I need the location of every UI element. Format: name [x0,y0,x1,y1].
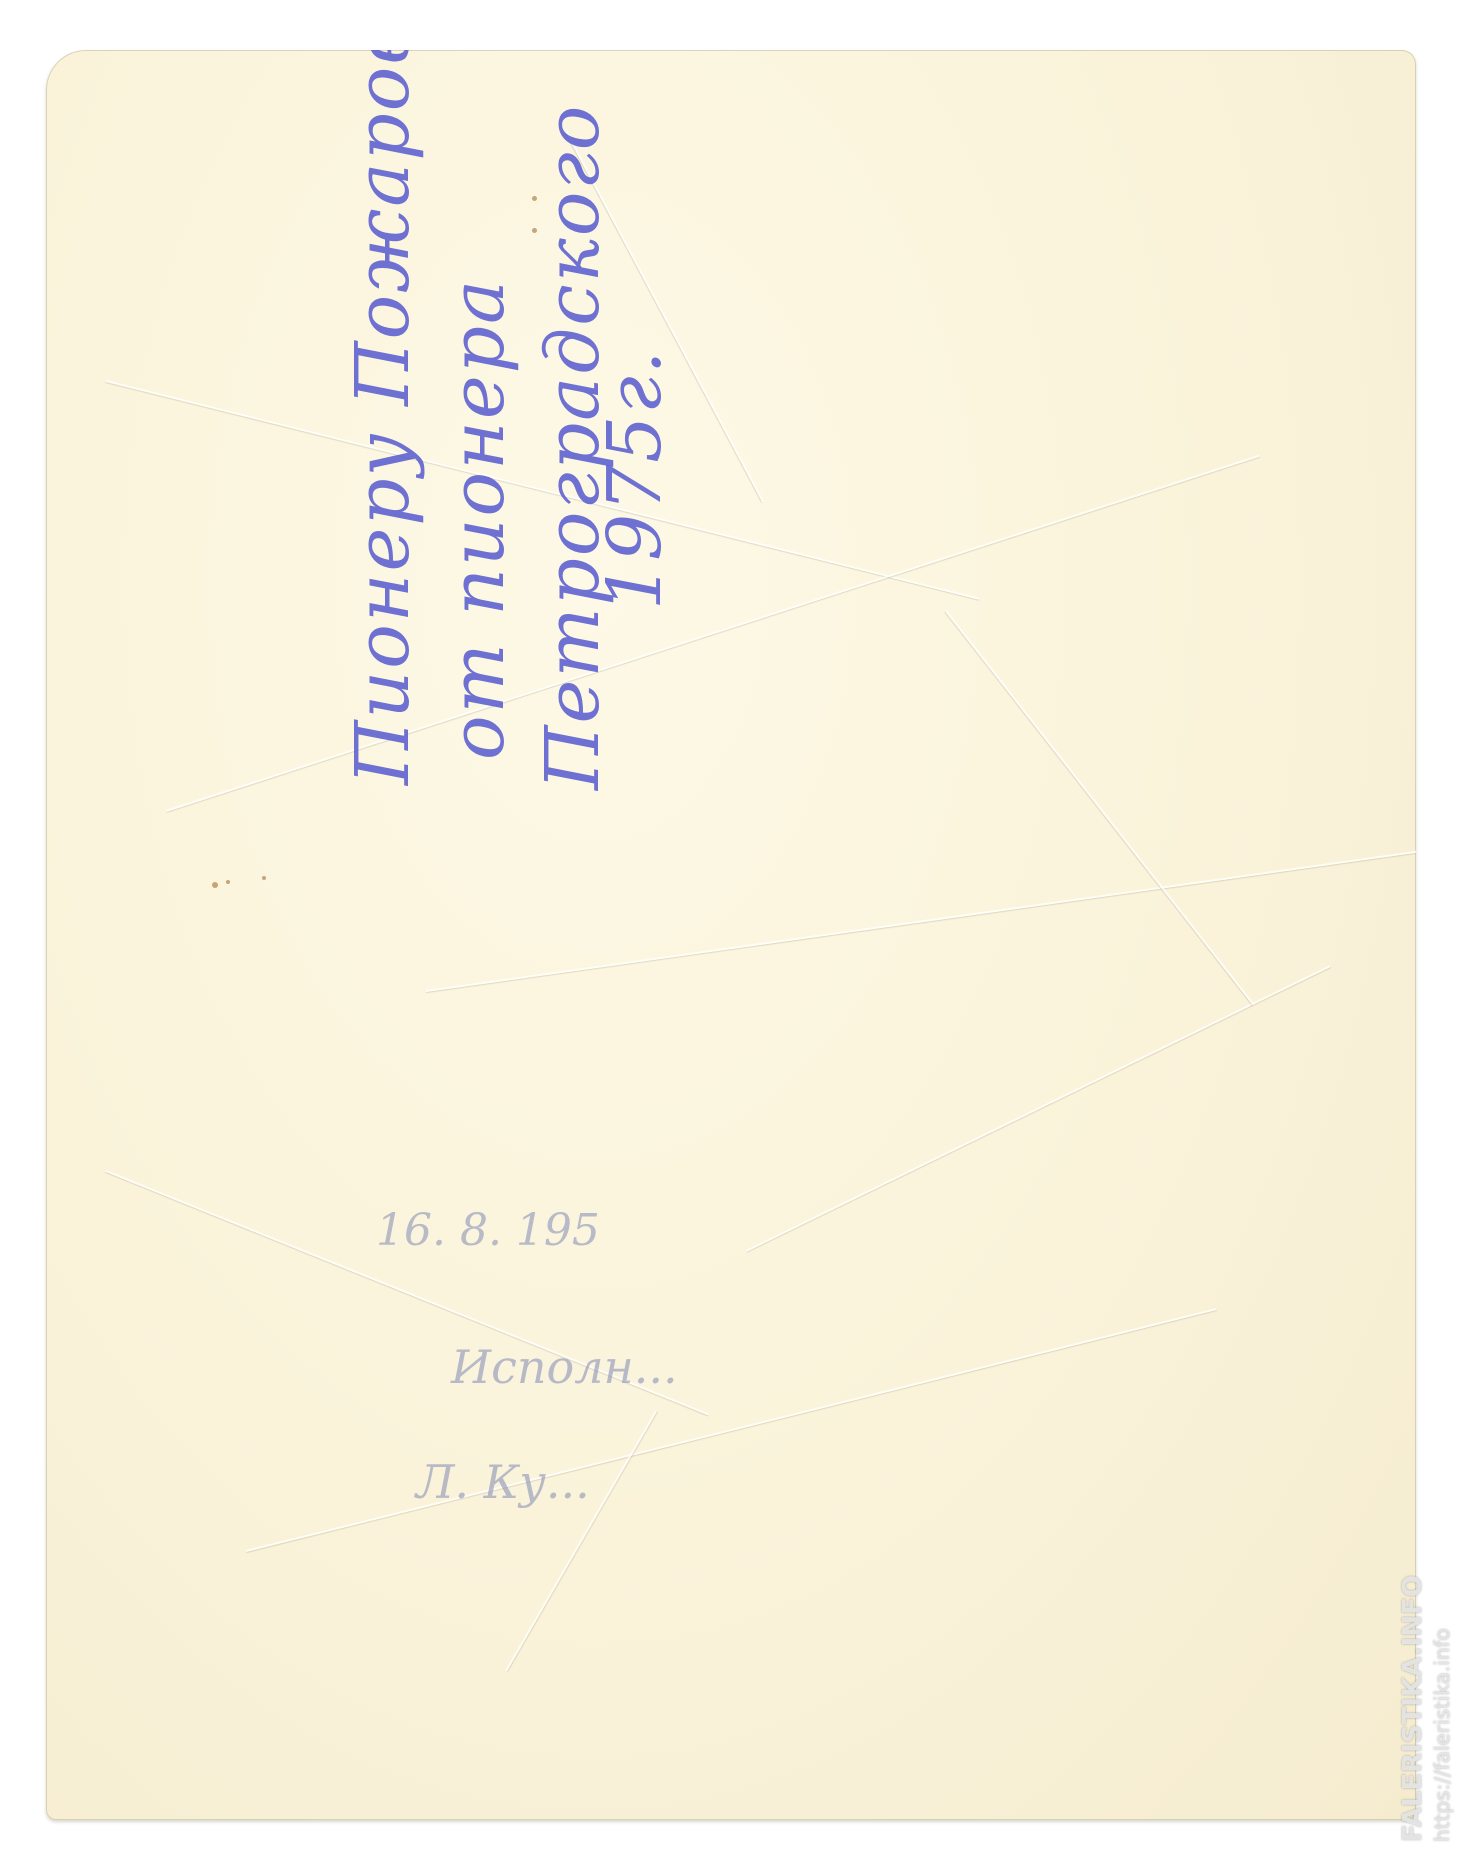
watermark-url: https://faleristika.info [1430,1628,1454,1842]
inscription-line-1: Пионеру Пожарову [346,50,420,785]
inscription-line-4: 1975г. [598,349,672,610]
crease [746,965,1331,1252]
pencil-note-3: Л. Ку... [416,1455,590,1509]
crease [426,851,1416,992]
photo-card-back: Пионеру Пожарову от пионера Петроградско… [46,50,1416,1820]
stain [226,880,230,884]
pencil-note-1: 16. 8. 195 [376,1205,600,1256]
stain [212,882,218,888]
crease [505,1411,657,1672]
crease [166,455,1260,812]
pencil-note-2: Исполн... [451,1340,678,1394]
watermark-site: FALERISTIKA.INFO [1398,1575,1428,1842]
crease [246,1308,1217,1552]
stain [262,876,266,880]
inscription-line-2: от пионера [441,278,515,760]
crease [945,610,1254,1005]
